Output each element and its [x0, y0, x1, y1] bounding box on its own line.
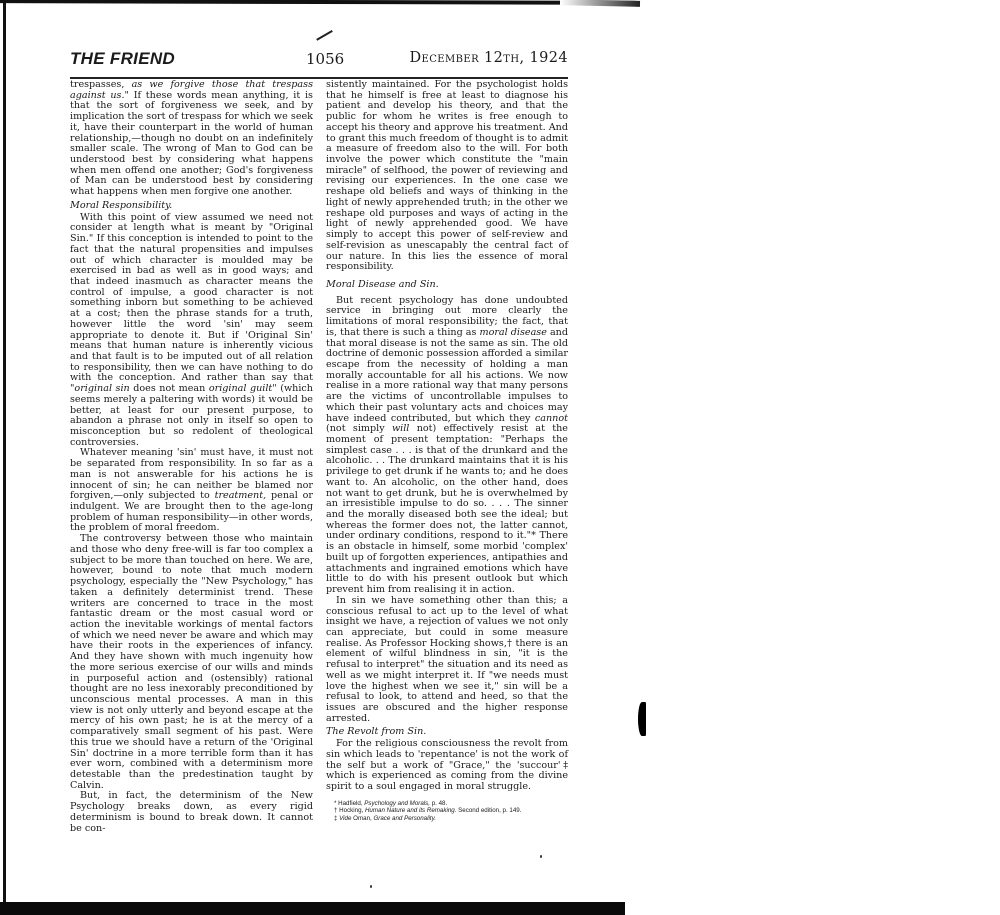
ink-smudge [638, 702, 646, 736]
right-column: sistently maintained. For the psychologi… [326, 80, 568, 822]
paragraph: trespasses, as we forgive those that tre… [70, 80, 313, 198]
footnote: † Hocking, Human Nature and its Remaking… [326, 807, 568, 814]
paragraph: But, in fact, the determinism of the New… [70, 791, 313, 834]
paragraph: The controversy between those who mainta… [70, 534, 313, 791]
scan-top-edge [0, 0, 640, 5]
paragraph: Whatever meaning 'sin' must have, it mus… [70, 448, 313, 534]
section-heading: The Revolt from Sin. [326, 727, 568, 738]
section-heading: Moral Responsibility. [70, 201, 313, 212]
footnote: ‡ Vide Oman, Grace and Personality. [326, 815, 568, 822]
speck [540, 855, 542, 858]
ink-mark [311, 21, 333, 40]
paragraph: But recent psychology has done undoubted… [326, 296, 568, 596]
speck [370, 885, 372, 888]
section-heading: Moral Disease and Sin. [326, 280, 568, 291]
issue-date: December 12th, 1924 [410, 50, 568, 66]
scan-bottom-edge [0, 902, 625, 915]
paragraph: sistently maintained. For the psychologi… [326, 80, 568, 273]
page-header: THE FRIEND 1056 December 12th, 1924 [70, 49, 568, 75]
footnotes: * Hadfield, Psychology and Morals, p. 48… [326, 800, 568, 822]
left-column: trespasses, as we forgive those that tre… [70, 80, 313, 834]
masthead: THE FRIEND [70, 49, 175, 69]
scan-left-edge [3, 2, 6, 907]
paragraph: For the religious consciousness the revo… [326, 739, 568, 793]
paragraph: With this point of view assumed we need … [70, 213, 313, 449]
scan-top-edge-shadow [560, 0, 640, 7]
footnote: * Hadfield, Psychology and Morals, p. 48… [326, 800, 568, 807]
paragraph: In sin we have something other than this… [326, 596, 568, 725]
page-number: 1056 [306, 50, 344, 68]
